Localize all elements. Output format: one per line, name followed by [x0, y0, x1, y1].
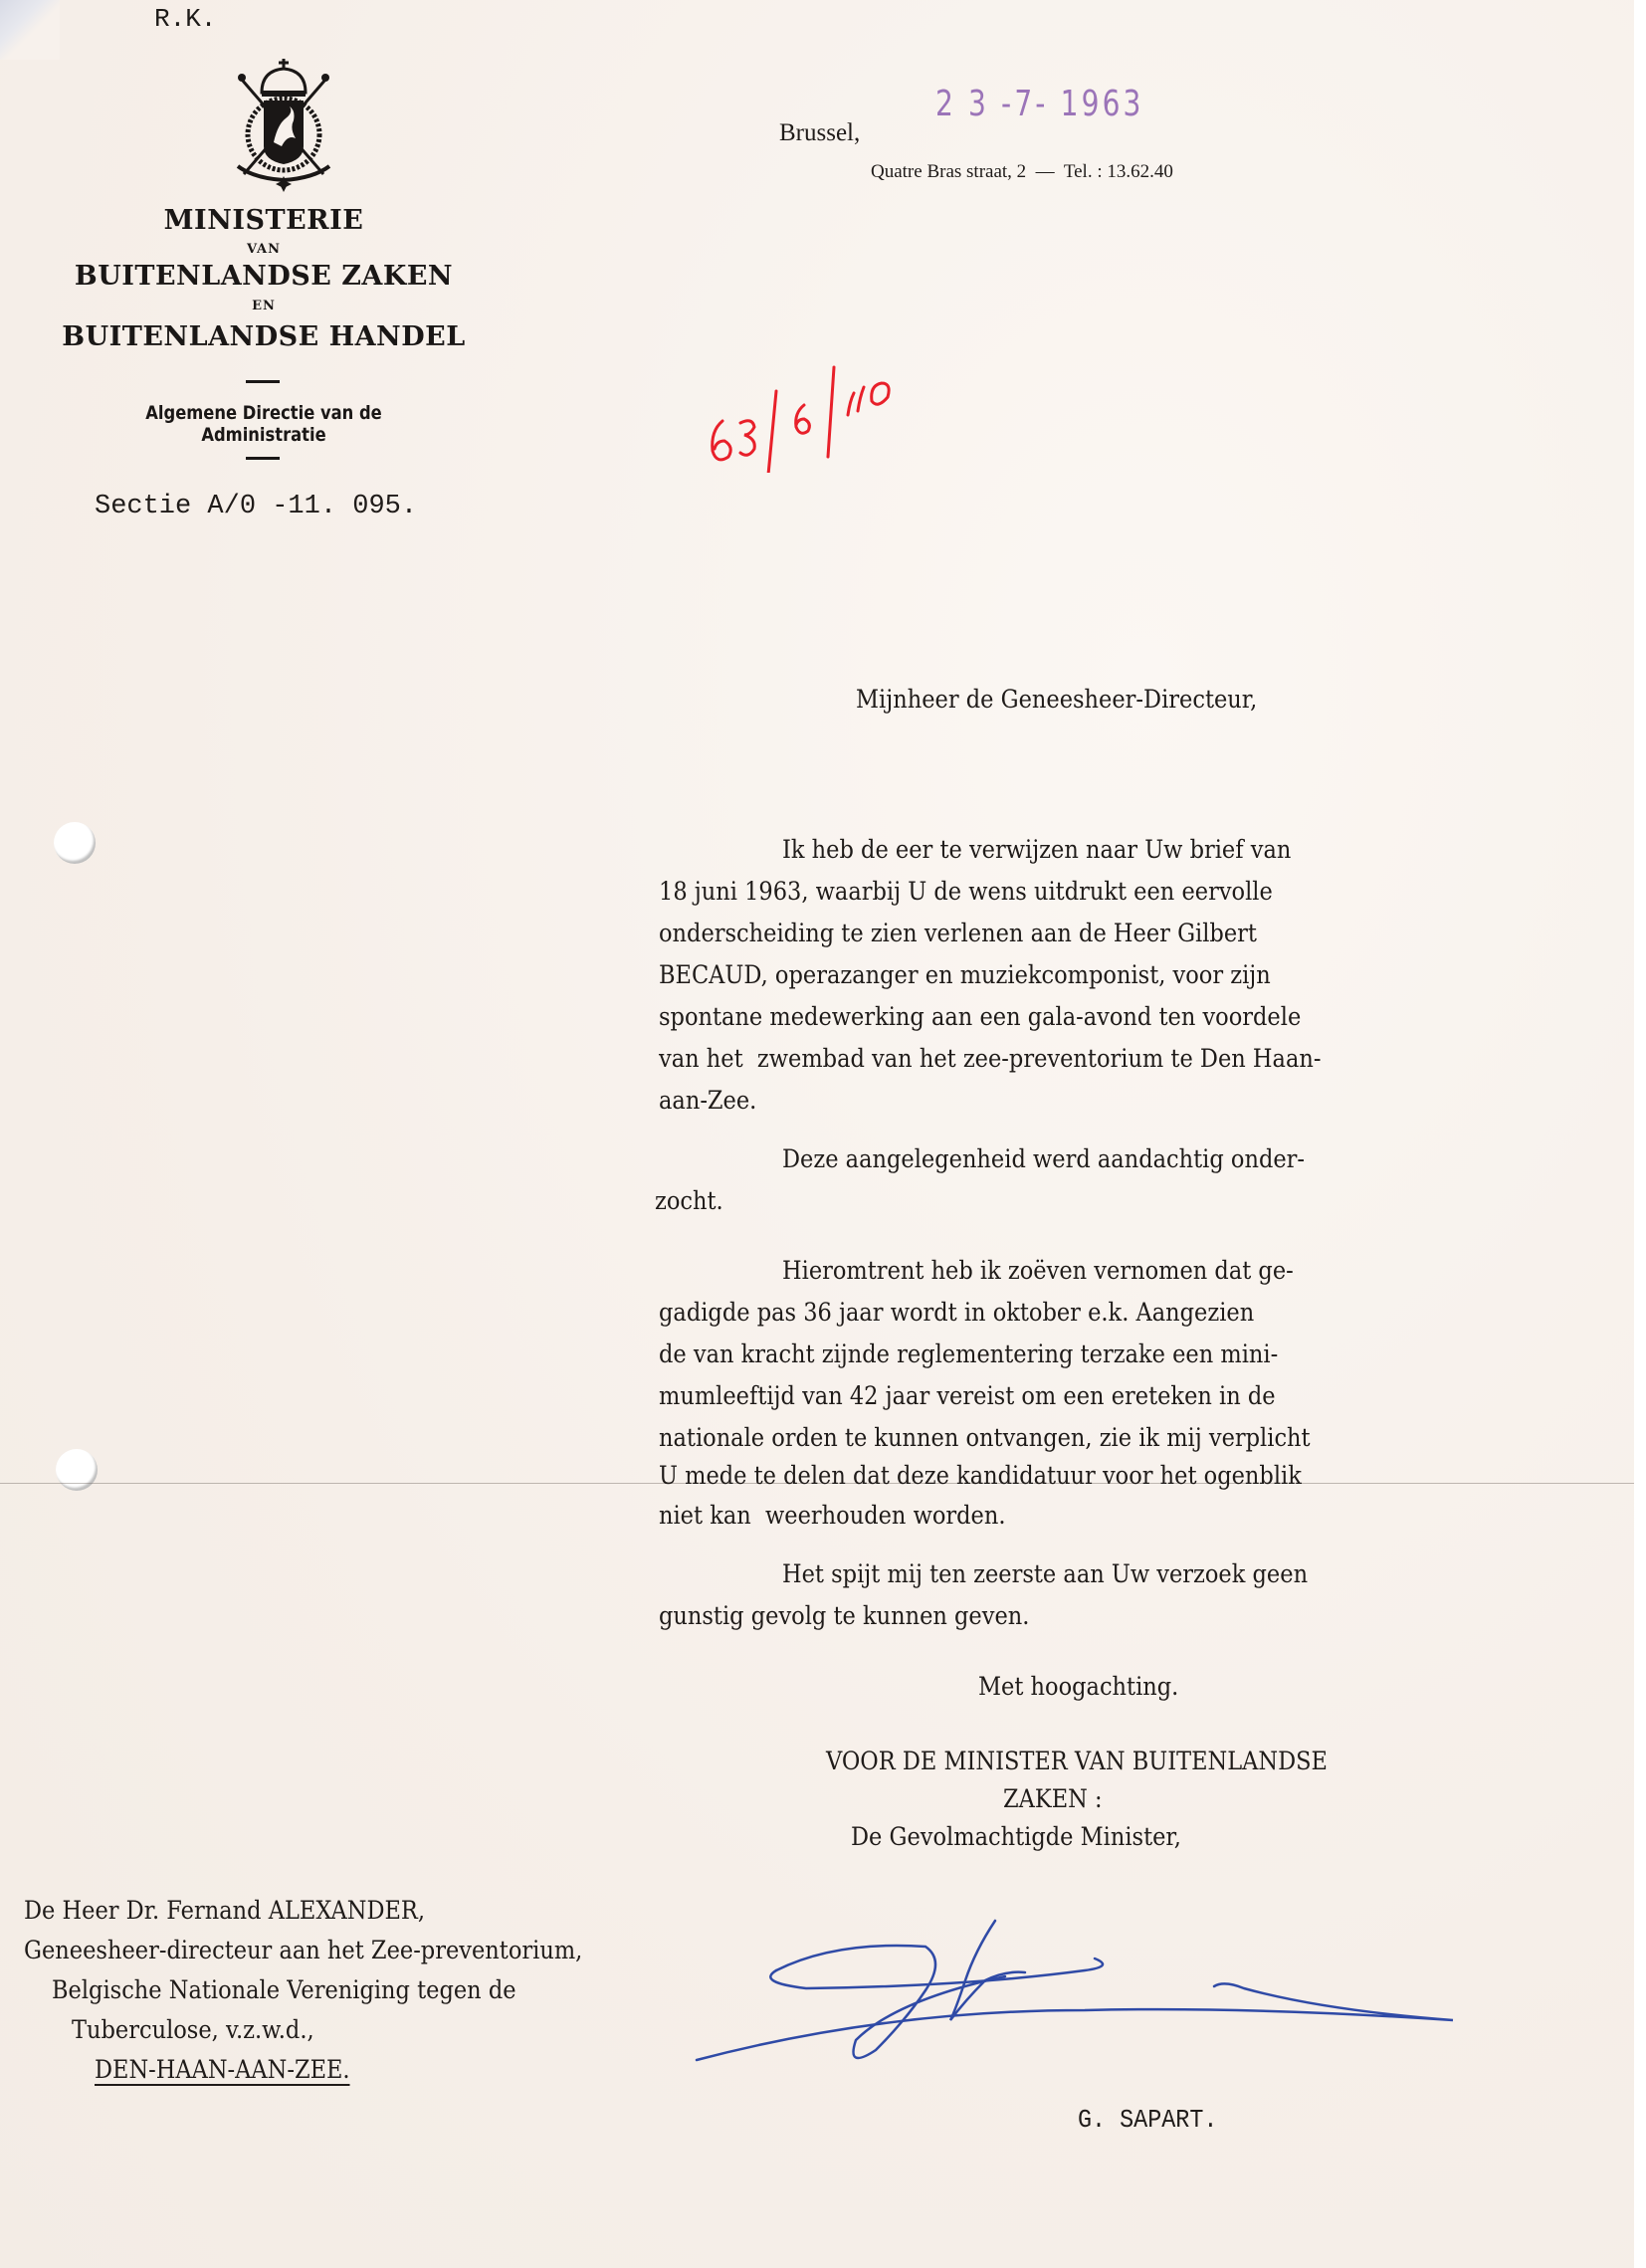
ministry-van: VAN	[60, 242, 468, 257]
folded-corner	[0, 0, 60, 60]
handwritten-signature	[687, 1911, 1483, 2090]
ministry-title: MINISTERIE	[60, 205, 468, 236]
ministry-foreign-trade: BUITENLANDSE HANDEL	[60, 321, 468, 352]
paragraph-3-line: U mede te delen dat deze kandidatuur voo…	[659, 1461, 1302, 1490]
paragraph-1-line: onderscheiding te zien verlenen aan de H…	[659, 919, 1257, 947]
recipient-line: Belgische Nationale Vereniging tegen de	[52, 1975, 516, 2004]
directorate: Algemene Directie van de Administratie	[89, 402, 440, 446]
salutation: Mijnheer de Geneesheer-Directeur,	[856, 685, 1257, 714]
paragraph-2-line: zocht.	[655, 1186, 723, 1215]
reference-initials: R.K.	[154, 4, 216, 34]
closing: Met hoogachting.	[978, 1672, 1178, 1701]
paragraph-3-line: Hieromtrent heb ik zoëven vernomen dat g…	[782, 1256, 1294, 1285]
recipient-line: Tuberculose, v.z.w.d.,	[72, 2015, 314, 2044]
paragraph-4-line: gunstig gevolg te kunnen geven.	[659, 1601, 1029, 1630]
signatory-line-1: VOOR DE MINISTER VAN BUITENLANDSE	[826, 1747, 1328, 1775]
recipient-city: DEN-HAAN-AAN-ZEE.	[95, 2055, 350, 2086]
paragraph-3-line: gadigde pas 36 jaar wordt in oktober e.k…	[659, 1298, 1254, 1327]
ministry-foreign-affairs: BUITENLANDSE ZAKEN	[60, 261, 468, 292]
belgian-coat-of-arms-icon	[224, 55, 343, 194]
paragraph-1-line: BECAUD, operazanger en muziekcomponist, …	[659, 960, 1271, 989]
signatory-line-2: ZAKEN :	[1003, 1784, 1103, 1813]
paragraph-3-line: niet kan weerhouden worden.	[659, 1501, 1006, 1530]
signatory-title: De Gevolmachtigde Minister,	[851, 1822, 1181, 1851]
handwritten-file-number: 63/6/110	[697, 353, 935, 473]
signatory-name: G. SAPART.	[1078, 2105, 1217, 2135]
divider	[246, 380, 280, 383]
recipient-line: Geneesheer-directeur aan het Zee-prevent…	[24, 1936, 582, 1964]
punch-hole	[54, 822, 96, 864]
paragraph-1-line: aan-Zee.	[659, 1086, 756, 1115]
date-stamp: 2 3 -7- 1963	[935, 84, 1144, 124]
paragraph-1-line: spontane medewerking aan een gala-avond …	[659, 1002, 1301, 1031]
paragraph-3-line: nationale orden te kunnen ontvangen, zie…	[659, 1423, 1311, 1452]
paragraph-1-line: 18 juni 1963, waarbij U de wens uitdrukt…	[659, 877, 1273, 906]
svg-text:63/6/110: 63/6/110	[697, 353, 752, 357]
paragraph-3-line: mumleeftijd van 42 jaar vereist om een e…	[659, 1381, 1276, 1410]
city: Brussel,	[779, 119, 860, 147]
paragraph-3-line: de van kracht zijnde reglementering terz…	[659, 1340, 1278, 1368]
paragraph-2-line: Deze aangelegenheid werd aandachtig onde…	[782, 1144, 1305, 1173]
paragraph-4-line: Het spijt mij ten zeerste aan Uw verzoek…	[782, 1559, 1308, 1588]
divider	[246, 457, 280, 460]
section-reference: Sectie A/0 -11. 095.	[95, 492, 417, 521]
paragraph-1-line: van het zwembad van het zee-preventorium…	[659, 1044, 1321, 1073]
address-phone: Quatre Bras straat, 2 — Tel. : 13.62.40	[871, 161, 1173, 183]
recipient-line: De Heer Dr. Fernand ALEXANDER,	[24, 1896, 425, 1925]
ministry-en: EN	[60, 299, 468, 313]
punch-hole	[56, 1449, 98, 1491]
paragraph-1-line: Ik heb de eer te verwijzen naar Uw brief…	[782, 835, 1291, 864]
